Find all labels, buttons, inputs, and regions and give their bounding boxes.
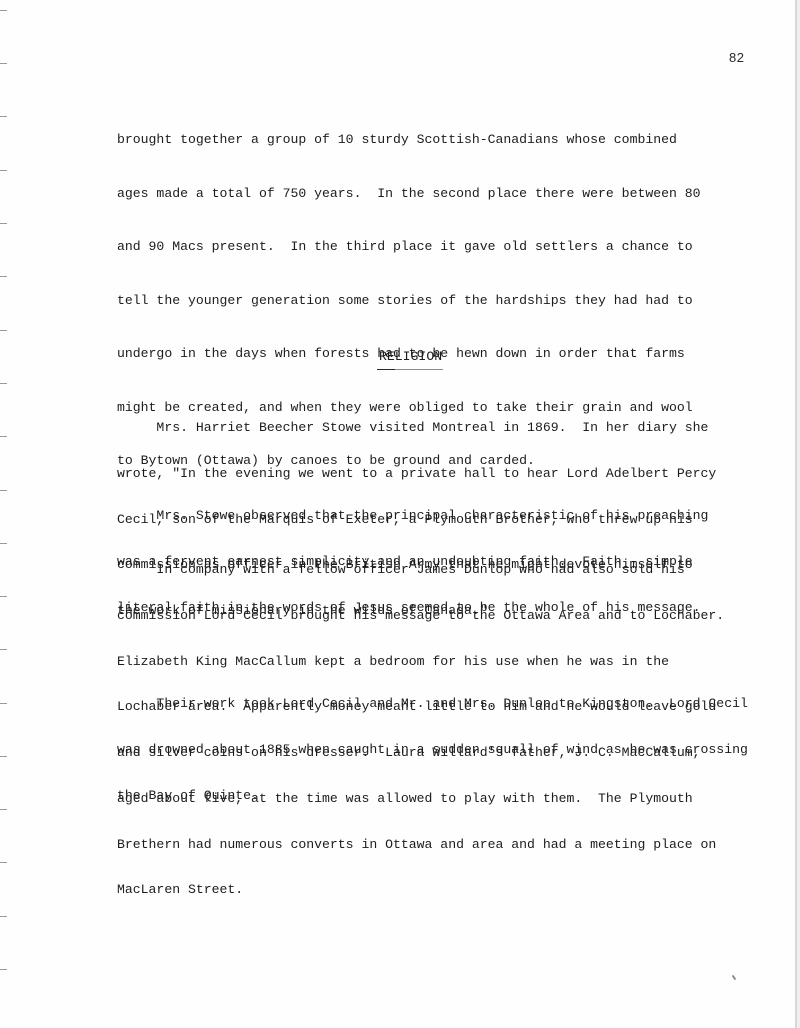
text-line: commission Lord Cecil brought his messag… — [117, 608, 724, 624]
margin-tick — [0, 862, 7, 863]
text-line: ages made a total of 750 years. In the s… — [117, 182, 701, 206]
margin-tick — [0, 969, 7, 970]
margin-tick — [0, 916, 7, 917]
margin-tick — [0, 116, 7, 117]
margin-tick — [0, 383, 7, 384]
text-line: MacLaren Street. — [117, 882, 724, 898]
margin-tick — [0, 330, 7, 331]
margin-tick — [0, 596, 7, 597]
section-heading: RELIGION — [379, 349, 442, 364]
document-page: 82 brought together a group of 10 sturdy… — [0, 0, 800, 1028]
paragraph-kingston: Their work took Lord Cecil and Mr. and M… — [117, 666, 748, 833]
margin-tick — [0, 809, 7, 810]
margin-tick — [0, 649, 7, 650]
margin-tick — [0, 543, 7, 544]
margin-tick — [0, 223, 7, 224]
text-line: was drowned about 1885 when caught in a … — [117, 742, 748, 758]
margin-tick — [0, 276, 7, 277]
text-line: Mrs. Stowe observed that the principal c… — [117, 508, 708, 524]
text-line: Their work took Lord Cecil and Mr. and M… — [117, 696, 748, 712]
margin-tick — [0, 170, 7, 171]
text-line: Brethern had numerous converts in Ottawa… — [117, 837, 724, 853]
page-number: 82 — [729, 50, 744, 65]
stray-ink-mark — [732, 975, 737, 980]
text-line: In company with a fellow officer James D… — [117, 562, 724, 578]
margin-tick — [0, 63, 7, 64]
margin-tick — [0, 436, 7, 437]
margin-tick — [0, 756, 7, 757]
text-line: brought together a group of 10 sturdy Sc… — [117, 128, 701, 152]
margin-tick — [0, 703, 7, 704]
margin-tick — [0, 490, 7, 491]
text-line: tell the younger generation some stories… — [117, 289, 701, 313]
margin-tick — [0, 10, 7, 11]
text-line: the Bay of Quinte. — [117, 788, 748, 804]
heading-underline-fade — [395, 369, 443, 370]
text-line: and 90 Macs present. In the third place … — [117, 235, 701, 259]
text-line: Mrs. Harriet Beecher Stowe visited Montr… — [117, 420, 716, 436]
